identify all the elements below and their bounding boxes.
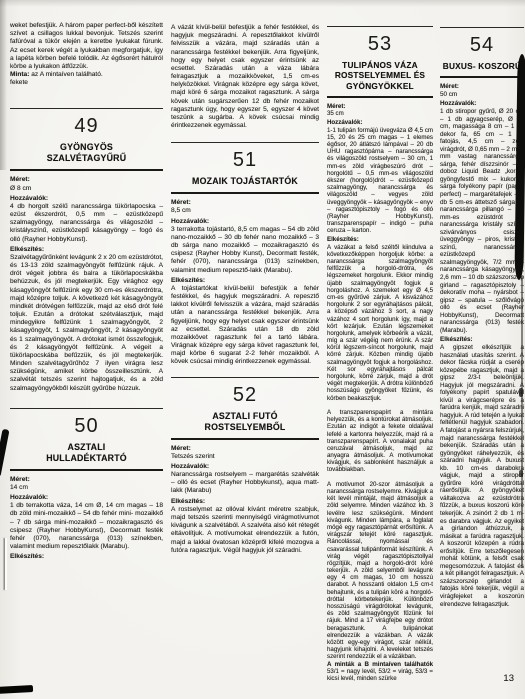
scan-artifact-left-streak <box>0 429 10 477</box>
minta-line: Minta: az A mintaíven található. <box>10 71 163 79</box>
hozzavalok-text: 1-1 tulipán formájú üvegváza Ø 4,5 cm 15… <box>327 127 433 235</box>
section-divider <box>440 27 524 28</box>
section-divider <box>10 108 163 109</box>
elkeszites-label: Elkészítés: <box>171 277 319 285</box>
hozzavalok-text: Narancssárga rostselyem – margarétás sza… <box>171 471 319 496</box>
section-number: 53 <box>327 34 433 55</box>
meret-value: 8,5 cm <box>171 207 319 215</box>
meret-label: Méret: <box>327 103 433 110</box>
elkeszites-label: Elkészítés: <box>10 553 163 561</box>
elkeszites-text: Szalvétagyűrűnként levágunk 2 x 20 cm ez… <box>10 254 163 393</box>
elkeszites-text: A rostselymet az ollóval kívánt méretre … <box>171 506 319 555</box>
section-title: ASZTALI HULLADÉKTARTÓ <box>10 442 163 464</box>
section-53: 53 TULIPÁNOS VÁZA ROSTSELYEMMEL ÉS GYÖNG… <box>327 26 433 682</box>
column-4: 54 BUXUS- KOSZORÚ Méret: 50 cm Hozzávaló… <box>440 27 524 608</box>
minta-label: Minta: <box>10 71 29 78</box>
elkeszites-text: A vázákat a felső széltől kiindulva a kö… <box>327 244 433 661</box>
section-50: 50 ASZTALI HULLADÉKTARTÓ Méret: 14 cm Ho… <box>10 408 163 562</box>
column-3: 53 TULIPÁNOS VÁZA ROSTSELYEMMEL ÉS GYÖNG… <box>327 26 433 682</box>
continuation-text: weket befestjük. A három paper perfect-b… <box>10 22 163 71</box>
elkeszites-text: A tojástartókat kívül-belül befestjük a … <box>171 285 319 367</box>
page-number: 13 <box>503 673 514 684</box>
title-underline <box>171 438 319 440</box>
meret-label: Méret: <box>440 83 524 91</box>
section-number: 49 <box>10 116 163 137</box>
section-51: 51 MOZAIK TOJÁSTARTÓK Méret: 8,5 cm Hozz… <box>171 142 319 366</box>
elkeszites-label: Elkészítés: <box>10 246 163 254</box>
scan-artifact-left-shade <box>0 0 7 170</box>
section-title: MOZAIK TOJÁSTARTÓK <box>171 176 319 187</box>
section-number: 50 <box>10 416 163 437</box>
title-underline <box>10 169 163 171</box>
section-divider <box>171 142 319 143</box>
hozzavalok-label: Hozzávalók: <box>10 195 163 203</box>
hozzavalok-label: Hozzávalók: <box>171 218 319 226</box>
meret-value: Ø 8 cm <box>10 185 163 193</box>
elkeszites-label: Elkészítés: <box>327 236 433 243</box>
elkeszites-label: Elkészítés: <box>440 336 524 344</box>
elkeszites-label: Elkészítés: <box>171 498 319 506</box>
section-number: 52 <box>171 385 319 406</box>
section-title: GYÖNGYÖS SZALVÉTAGYŰRŰ <box>10 142 163 164</box>
title-underline <box>440 76 524 78</box>
section-divider <box>10 408 163 409</box>
section-title: ASZTALI FUTÓ ROSTSELYEMBŐL <box>171 411 319 433</box>
meret-label: Méret: <box>10 476 163 484</box>
elkeszites-text: A gipszet elkészítjük a használati utasí… <box>440 344 524 608</box>
meret-label: Méret: <box>171 445 319 453</box>
section-49: 49 GYÖNGYÖS SZALVÉTAGYŰRŰ Méret: Ø 8 cm … <box>10 108 163 392</box>
column-2: A vázát kívül-belül befestjük a fehér fe… <box>171 24 319 555</box>
section-number: 54 <box>440 35 524 56</box>
meret-value: 50 cm <box>440 91 524 99</box>
hozzavalok-text: 1 db stiropor gyűrű, Ø 20 cm – 1 db agya… <box>440 108 524 334</box>
hozzavalok-text: 3 terrakotta tojástartó, 8,5 cm magas – … <box>171 226 319 275</box>
meret-value: 35 cm <box>327 110 433 117</box>
section-52: 52 ASZTALI FUTÓ ROSTSELYEMBŐL Méret: Tet… <box>171 377 319 555</box>
section-54: 54 BUXUS- KOSZORÚ Méret: 50 cm Hozzávaló… <box>440 27 524 608</box>
title-underline <box>171 192 319 194</box>
scan-artifact-bottom-bar <box>0 685 33 694</box>
scan-artifact-top-shade <box>0 0 525 7</box>
section-divider <box>171 377 319 378</box>
meret-value: Tetszés szerint <box>171 453 319 461</box>
hozzavalok-label: Hozzávalók: <box>171 463 319 471</box>
color-note: fekete <box>10 79 163 87</box>
meret-label: Méret: <box>10 176 163 184</box>
hozzavalok-label: Hozzávalók: <box>440 100 524 108</box>
minta-text: az A mintaíven található. <box>31 71 102 78</box>
hozzavalok-text: 4 db horgolt szélű narancssárga tükörlap… <box>10 203 163 244</box>
scan-artifact-left-scratch <box>5 538 7 590</box>
pattern-note: A minták a B mintaíven találhatók 53/1 =… <box>327 661 433 683</box>
scanned-book-page: { "page": { "number": "13", "paper_color… <box>0 0 525 699</box>
meret-value: 14 cm <box>10 484 163 492</box>
elkeszites-continued-text: A vázát kívül-belül befestjük a fehér fe… <box>171 24 319 130</box>
pattern-note-text: 53/1 = nagy levél, 53/2 = virág, 53/3 = … <box>327 668 433 682</box>
hozzavalok-label: Hozzávalók: <box>327 119 433 126</box>
section-title: BUXUS- KOSZORÚ <box>440 61 524 71</box>
section-title: TULIPÁNOS VÁZA ROSTSELYEMMEL ÉS GYÖNGYÖK… <box>327 60 433 91</box>
section-number: 51 <box>171 150 319 171</box>
title-underline <box>10 469 163 471</box>
column-1: weket befestjük. A három paper perfect-b… <box>10 22 163 562</box>
hozzavalok-text: 1 db terrakotta váza, 14 cm Ø, 14 cm mag… <box>10 502 163 551</box>
section-divider <box>327 26 433 27</box>
title-underline <box>327 96 433 98</box>
meret-label: Méret: <box>171 199 319 207</box>
pattern-note-label: A minták a B mintaíven találhatók <box>327 661 433 668</box>
